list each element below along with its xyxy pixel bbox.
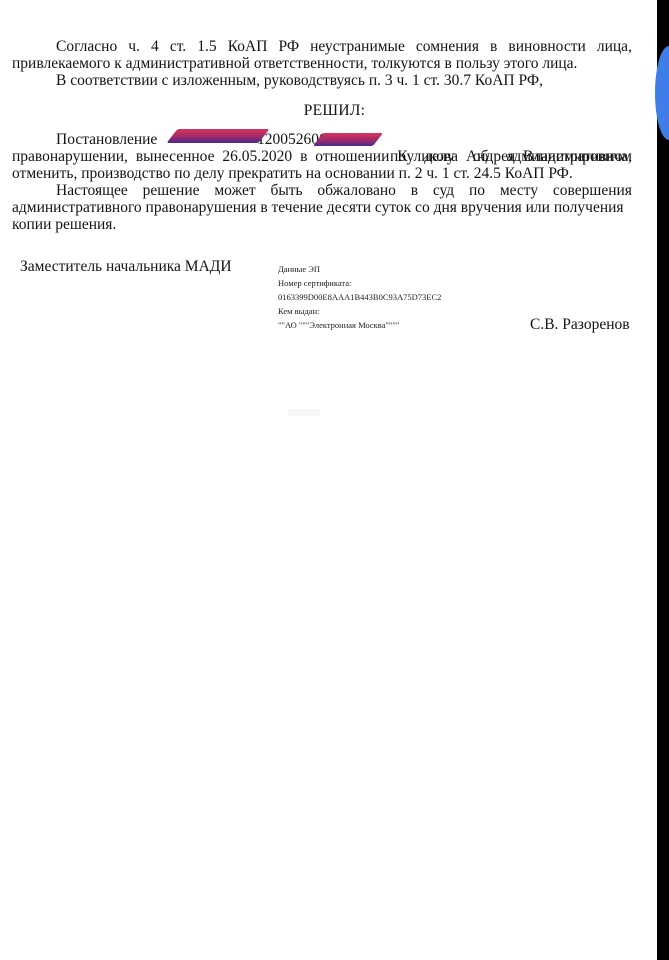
cert-number: 0163399D00E8AAA1B443B0C93A75D73EC2: [278, 290, 441, 304]
intro-line-1: Согласно ч. 4 ст. 1.5 КоАП РФ неустраним…: [12, 38, 632, 55]
signer-name: С.В. Разоренов: [530, 316, 630, 334]
appeal-line-1: Настоящее решение может быть обжаловано …: [12, 182, 632, 199]
document-page: Согласно ч. 4 ст. 1.5 КоАП РФ неустраним…: [0, 0, 657, 960]
issuer-label: Кем выдан:: [278, 304, 441, 318]
basis-line: В соответствии с изложенным, руководству…: [12, 72, 632, 89]
appeal-line-2: административного правонарушения в течен…: [12, 199, 632, 216]
appeal-paragraph: Настоящее решение может быть обжаловано …: [12, 182, 632, 233]
ep-label: Данные ЭП: [278, 262, 441, 276]
cert-label: Номер сертификата:: [278, 276, 441, 290]
appeal-line-3: копии решения.: [12, 216, 632, 233]
decision-line-3: отменить, производство по делу прекратит…: [12, 165, 632, 182]
signer-position: Заместитель начальника МАДИ: [20, 258, 232, 276]
issuer-value: ""АО """Электронная Москва"""": [278, 318, 441, 332]
electronic-signature-stamp: Данные ЭП Номер сертификата: 0163399D00E…: [278, 262, 441, 332]
decision-heading: РЕШИЛ:: [0, 102, 669, 120]
viewer-edge: [657, 0, 669, 960]
intro-line-2: привлекаемого к административной ответст…: [12, 55, 632, 72]
scan-artifact: [288, 409, 320, 416]
redaction-mark-2: [313, 133, 383, 146]
redaction-mark-1: [167, 129, 270, 143]
intro-paragraph: Согласно ч. 4 ст. 1.5 КоАП РФ неустраним…: [12, 38, 632, 89]
